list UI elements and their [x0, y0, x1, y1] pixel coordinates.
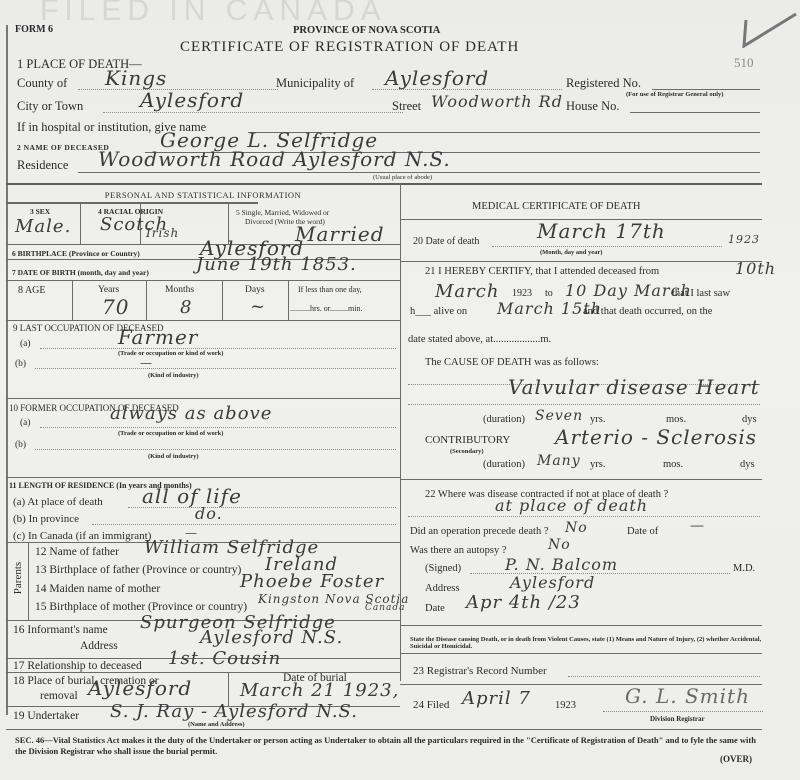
cause-label: The CAUSE OF DEATH was as follows:: [425, 357, 599, 368]
hrs-min-label: ..........hrs. or.........min.: [290, 304, 362, 313]
cause-mos-label: mos.: [666, 414, 686, 425]
death-certificate: FILED IN CANADA FORM 6 PROVINCE OF NOVA …: [0, 0, 800, 780]
dob-value: June 19th 1853.: [196, 254, 357, 275]
registrar-signature: G. L. Smith: [625, 684, 750, 708]
signed-value: P. N. Balcom: [505, 555, 618, 574]
residence-value: Woodworth Road Aylesford N.S.: [98, 147, 451, 171]
over-label: (OVER): [720, 754, 752, 764]
industry-note: (Kind of industry): [148, 372, 199, 379]
residence-a-label: (a) At place of death: [13, 496, 103, 508]
cert-date-value: Apr 4th /23: [466, 592, 581, 613]
residence-label: Residence: [17, 158, 68, 173]
checkmark-icon: [738, 8, 798, 48]
medical-header: MEDICAL CERTIFICATE OF DEATH: [472, 201, 640, 212]
attended-from-day: 10th: [735, 259, 776, 278]
contrib-dys-label: dys: [740, 459, 755, 470]
sex-label: 3 SEX: [30, 207, 50, 216]
attended-to-label: to: [545, 288, 553, 299]
operation-label: Did an operation precede death ?: [410, 526, 548, 537]
former-industry-note: (Kind of industry): [148, 453, 199, 460]
contrib-mos-label: mos.: [663, 459, 683, 470]
death-date-value: March 17th: [537, 219, 666, 243]
father-name-label: 12 Name of father: [35, 546, 119, 558]
operation-value: No: [565, 520, 588, 536]
death-date-note: (Month, day and year): [540, 249, 602, 256]
years-label: Years: [98, 285, 119, 295]
operation-date-label: Date of: [627, 526, 658, 537]
residence-b-value: do.: [195, 504, 223, 523]
last-occupation-b-value: —: [140, 356, 153, 370]
certificate-title: CERTIFICATE OF REGISTRATION OF DEATH: [180, 39, 519, 56]
autopsy-value: No: [548, 537, 571, 553]
residence-c-label: (c) In Canada (if an immigrant): [13, 530, 151, 542]
residence-a-value: all of life: [142, 484, 242, 508]
former-occupation-a-value: always as above: [110, 403, 272, 424]
marital-value: Married: [295, 222, 385, 246]
less-than-day-label: If less than one day,: [298, 285, 362, 294]
parents-side-label: Parents: [12, 562, 24, 594]
removal-label: removal: [40, 690, 78, 702]
deceased-name-label: 2 NAME OF DECEASED: [17, 143, 109, 152]
cause-dys-label: dys: [742, 414, 757, 425]
alive-label: h___ alive on: [410, 306, 467, 317]
racial-origin-value-2: Irish: [146, 226, 179, 240]
province-header: PROVINCE OF NOVA SCOTIA: [293, 25, 440, 36]
days-label: Days: [245, 285, 265, 295]
death-date-label: 20 Date of death: [413, 236, 479, 247]
division-registrar-label: Division Registrar: [650, 715, 705, 723]
house-no-label: House No.: [566, 99, 619, 114]
attended-from-year: 1923: [512, 288, 532, 299]
informant-address-label: Address: [80, 640, 118, 652]
stamp-number: 510: [734, 55, 754, 71]
stated-label: date stated above, at..................m…: [408, 334, 551, 345]
county-value: Kings: [105, 66, 167, 90]
mother-name-label: 14 Maiden name of mother: [35, 583, 160, 595]
contributory-note: (Secondary): [450, 448, 484, 455]
sex-value: Male.: [15, 216, 71, 237]
years-value: 70: [102, 295, 129, 319]
last-saw-label: that I last saw: [672, 288, 730, 299]
contrib-duration-label: (duration): [483, 459, 525, 470]
months-label: Months: [165, 285, 194, 295]
occurred-label: and that death occurred, on the: [583, 306, 712, 317]
operation-date-value: —: [690, 518, 705, 534]
burial-place-value: Aylesford: [88, 676, 192, 700]
watermark: FILED IN CANADA: [40, 0, 387, 28]
burial-date-value: March 21 1923,: [240, 680, 399, 701]
autopsy-label: Was there an autopsy ?: [410, 545, 507, 556]
birthplace-label: 6 BIRTHPLACE (Province or Country): [12, 249, 140, 258]
cause-duration-label: (duration): [483, 414, 525, 425]
relationship-value: 1st. Cousin: [168, 648, 281, 669]
last-occupation-b-label: (b): [15, 359, 26, 369]
undertaker-value: S. J. Ray - Aylesford N.S.: [110, 701, 358, 722]
municipality-value: Aylesford: [385, 66, 489, 90]
last-occupation-a-label: (a): [20, 339, 31, 349]
age-label: 8 AGE: [18, 285, 46, 296]
q22-value: at place of death: [495, 496, 648, 515]
street-label: Street: [392, 99, 421, 114]
cause-duration-value: Seven: [535, 408, 583, 424]
md-address-value: Aylesford: [510, 573, 595, 592]
certify-label: 21 I HEREBY CERTIFY, that I attended dec…: [425, 266, 659, 277]
father-birthplace-label: 13 Birthplace of father (Province or cou…: [35, 564, 241, 576]
contrib-yrs-label: yrs.: [590, 459, 605, 470]
contributory-label: CONTRIBUTORY: [425, 434, 510, 446]
cause-value: Valvular disease Heart: [508, 375, 760, 399]
cert-date-label: Date: [425, 603, 445, 614]
dob-label: 7 DATE OF BIRTH (month, day and year): [12, 268, 149, 277]
state-disease-note: State the Disease causing Death, or in d…: [410, 636, 762, 651]
county-label: County of: [17, 76, 67, 91]
death-date-year: 1923: [728, 233, 760, 246]
filed-date: April 7: [462, 688, 531, 709]
filed-year: 1923: [555, 700, 576, 711]
informant-name-label: 16 Informant's name: [13, 624, 108, 636]
signed-label: (Signed): [425, 563, 461, 574]
residence-note: (Usual place of abode): [373, 174, 432, 181]
former-occupation-b-label: (b): [15, 440, 26, 450]
form-number: FORM 6: [15, 24, 53, 35]
days-value: ~: [250, 296, 266, 317]
md-label: M.D.: [733, 563, 755, 574]
informant-address-value: Aylesford N.S.: [200, 627, 343, 648]
mother-birthplace-value-2: Canada: [365, 603, 406, 613]
relationship-label: 17 Relationship to deceased: [13, 660, 142, 672]
city-value: Aylesford: [140, 88, 244, 112]
municipality-label: Municipality of: [276, 76, 354, 91]
residence-b-label: (b) In province: [13, 513, 79, 525]
last-occupation-a-value: Farmer: [118, 325, 198, 349]
contributory-value: Arterio - Sclerosis: [555, 425, 757, 449]
former-trade-note: (Trade or occupation or kind of work): [118, 430, 223, 437]
form-left-border: [6, 25, 8, 715]
contrib-duration-value: Many: [537, 453, 581, 469]
attended-from-month: March: [435, 281, 499, 302]
registered-no-label: Registered No.: [566, 76, 641, 91]
cause-yrs-label: yrs.: [590, 414, 605, 425]
record-number-label: 23 Registrar's Record Number: [413, 665, 547, 677]
md-address-label: Address: [425, 583, 459, 594]
filed-label: 24 Filed: [413, 699, 449, 711]
undertaker-note: (Name and Address): [188, 721, 245, 728]
mother-name-value: Phoebe Foster: [240, 571, 384, 592]
personal-header: PERSONAL AND STATISTICAL INFORMATION: [6, 190, 400, 200]
sec46-note: SEC. 46—Vital Statistics Act makes it th…: [15, 735, 760, 757]
months-value: 8: [180, 297, 192, 318]
street-value: Woodworth Rd: [431, 92, 563, 111]
marital-label: 5 Single, Married, Widowed or: [236, 208, 329, 217]
registered-no-note: (For use of Registrar General only): [626, 91, 723, 98]
city-label: City or Town: [17, 99, 83, 114]
undertaker-label: 19 Undertaker: [13, 710, 79, 722]
trade-note: (Trade or occupation or kind of work): [118, 350, 223, 357]
former-occupation-a-label: (a): [20, 418, 31, 428]
